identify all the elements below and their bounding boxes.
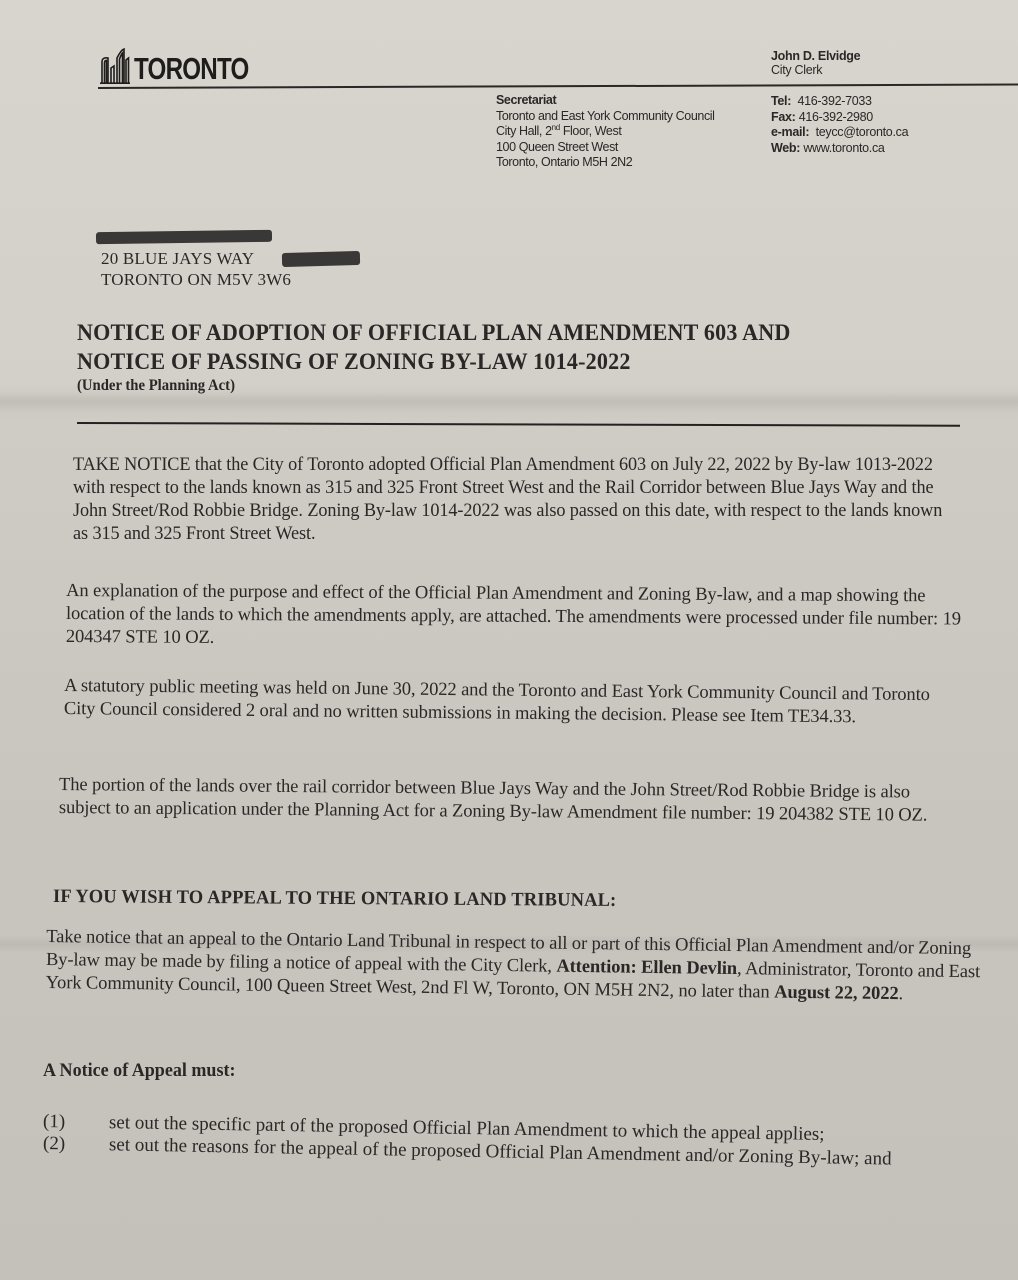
city-hall-towers-icon (100, 48, 130, 84)
contact-tel: Tel: 416-392-7033 (771, 94, 908, 110)
recipient-address: 20 BLUE JAYS WAY TORONTO ON M5V 3W6 (101, 248, 291, 290)
notice-title-line: NOTICE OF PASSING OF ZONING BY-LAW 1014-… (77, 347, 941, 376)
redacted-unit (282, 251, 360, 267)
paragraph-rail-corridor: The portion of the lands over the rail c… (59, 774, 959, 828)
secretariat-line: 100 Queen Street West (496, 140, 715, 156)
notice-must-heading: A Notice of Appeal must: (43, 1059, 236, 1083)
clerk-name: John D. Elvidge (771, 49, 860, 63)
address-line: 20 BLUE JAYS WAY (101, 248, 291, 269)
requirements-list: (1) set out the specific part of the pro… (43, 1111, 963, 1155)
notice-subtitle: (Under the Planning Act) (77, 377, 905, 395)
list-item-number: (1) (43, 1111, 66, 1133)
paragraph-appeal: Take notice that an appeal to the Ontari… (46, 926, 987, 1007)
redacted-name (96, 230, 272, 244)
contact-web[interactable]: Web: www.toronto.ca (771, 141, 908, 157)
contact-block: Tel: 416-392-7033 Fax: 416-392-2980 e-ma… (771, 94, 908, 156)
secretariat-line: City Hall, 2nd Floor, West (496, 124, 715, 140)
contact-fax: Fax: 416-392-2980 (771, 110, 908, 126)
appeal-heading: IF YOU WISH TO APPEAL TO THE ONTARIO LAN… (53, 885, 617, 913)
secretariat-line: Toronto, Ontario M5H 2N2 (496, 155, 715, 171)
list-item-number: (2) (43, 1133, 66, 1155)
toronto-logo: TORONTO (100, 48, 281, 84)
secretariat-line: Toronto and East York Community Council (496, 109, 715, 125)
clerk-title: City Clerk (771, 63, 860, 77)
clerk-block: John D. Elvidge City Clerk (771, 49, 860, 77)
attention-name: Attention: Ellen Devlin (556, 957, 737, 979)
address-line: TORONTO ON M5V 3W6 (101, 269, 291, 290)
paragraph-public-meeting: A statutory public meeting was held on J… (64, 675, 964, 730)
contact-email[interactable]: e-mail: teycc@toronto.ca (771, 125, 908, 141)
secretariat-title: Secretariat (496, 93, 715, 109)
paper-fold (0, 392, 1018, 414)
letter-page: TORONTO John D. Elvidge City Clerk Secre… (0, 0, 1018, 1280)
notice-title-block: NOTICE OF ADOPTION OF OFFICIAL PLAN AMEN… (77, 318, 977, 395)
paragraph-explanation: An explanation of the purpose and effect… (66, 580, 966, 654)
paragraph-take-notice: TAKE NOTICE that the City of Toronto ado… (73, 454, 960, 546)
notice-title-line: NOTICE OF ADOPTION OF OFFICIAL PLAN AMEN… (77, 318, 941, 347)
secretariat-block: Secretariat Toronto and East York Commun… (496, 93, 715, 171)
title-divider (77, 422, 960, 427)
logo-wordmark: TORONTO (134, 53, 249, 84)
appeal-deadline: August 22, 2022 (774, 983, 899, 1005)
